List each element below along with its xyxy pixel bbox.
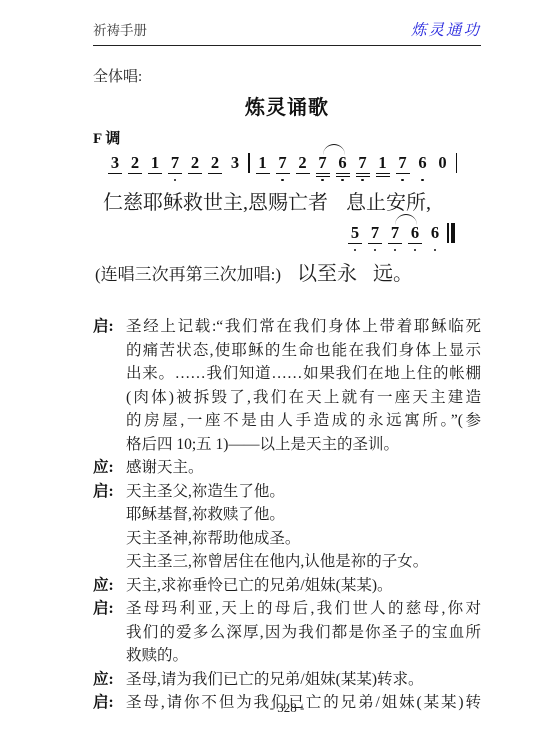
dialogue-line: 圣母,请为我们已亡的兄弟/姐妹(某某)转求。 xyxy=(126,668,481,692)
lyric-segment: 远。 xyxy=(373,257,413,286)
dialogue-line: 出来。……我们知道……如果我们在地上住的帐棚 xyxy=(126,362,481,386)
dialogue-line: 的痛苦状态,使耶稣的生命也能在我们身体上显示 xyxy=(126,339,481,363)
lyric-segment: 仁慈耶稣救世主,恩赐亡者 xyxy=(103,186,328,215)
dialogue-entry: 启:天主圣父,祢造生了他。耶稣基督,祢救赎了他。天主圣神,祢帮助他成圣。天主圣三… xyxy=(93,480,481,574)
final-barline xyxy=(447,223,455,243)
dialogue-line: 天主圣神,祢帮助他成圣。 xyxy=(126,527,481,551)
jianpu-note: 7 xyxy=(393,153,413,184)
jianpu-note: 2 xyxy=(125,153,145,184)
dialogue-line: (肉体)被拆毁了,我们在天上就有一座天主建造 xyxy=(126,386,481,410)
jianpu-note: 2 xyxy=(293,153,313,184)
dialogue-line: 耶稣基督,祢救赎了他。 xyxy=(126,503,481,527)
lyrics-line-2: (连唱三次再第三次加唱:)以至永远。 xyxy=(93,257,481,286)
header-left-title: 祈祷手册 xyxy=(93,19,147,39)
lyric-segment: 息止安所, xyxy=(346,186,431,215)
jianpu-note: 2 xyxy=(205,153,225,184)
speaker-label: 启: xyxy=(93,315,126,339)
dialogue-text: 圣经上记载:“我们常在我们身体上带着耶稣临死的痛苦状态,使耶稣的生命也能在我们身… xyxy=(126,315,481,456)
dialogue-line: 的房屋,一座不是由人手造成的永远寓所。”(参 xyxy=(126,409,481,433)
dialogue-line: 天主圣三,祢曾居住在他内,认他是祢的子女。 xyxy=(126,550,481,574)
barline xyxy=(248,153,250,173)
dialogue-line: 格后四 10;五 1)——以上是天主的圣训。 xyxy=(126,433,481,457)
speaker-label: 应: xyxy=(93,456,126,480)
jianpu-note: 7 xyxy=(353,153,373,184)
dialogue-text: 天主,求祢垂怜已亡的兄弟/姐妹(某某)。 xyxy=(126,574,481,598)
dialogue-section: 启:圣经上记载:“我们常在我们身体上带着耶稣临死的痛苦状态,使耶稣的生命也能在我… xyxy=(93,315,481,715)
jianpu-note: 0 xyxy=(433,153,453,184)
dialogue-entry: 启:圣经上记载:“我们常在我们身体上带着耶稣临死的痛苦状态,使耶稣的生命也能在我… xyxy=(93,315,481,456)
dialogue-entry: 应:圣母,请为我们已亡的兄弟/姐妹(某某)转求。 xyxy=(93,668,481,692)
header-right-title: 炼灵通功 xyxy=(411,18,481,40)
dialogue-line: 救赎的。 xyxy=(126,644,481,668)
document-page: 祈祷手册 炼灵通功 全体唱: 炼灵诵歌 F 调 3217223172767176… xyxy=(0,0,555,731)
jianpu-line-1: 32172231727671760 xyxy=(93,153,481,184)
dialogue-line: 天主圣父,祢造生了他。 xyxy=(126,480,481,504)
music-key-label: F 调 xyxy=(93,127,481,148)
jianpu-note: 3 xyxy=(105,153,125,184)
speaker-label: 启: xyxy=(93,597,126,621)
jianpu-note: 7 xyxy=(365,223,385,254)
jianpu-note: 2 xyxy=(185,153,205,184)
speaker-label: 应: xyxy=(93,668,126,692)
dialogue-text: 天主圣父,祢造生了他。耶稣基督,祢救赎了他。天主圣神,祢帮助他成圣。天主圣三,祢… xyxy=(126,480,481,574)
dialogue-text: 圣母玛利亚,天上的母后,我们世人的慈母,你对我们的爱多么深厚,因为我们都是你圣子… xyxy=(126,597,481,668)
jianpu-note: 3 xyxy=(225,153,245,184)
page-number: - 328 - xyxy=(93,700,481,716)
dialogue-line: 圣母玛利亚,天上的母后,我们世人的慈母,你对 xyxy=(126,597,481,621)
jianpu-note: 1 xyxy=(253,153,273,184)
dialogue-entry: 应:感谢天主。 xyxy=(93,456,481,480)
barline xyxy=(456,153,458,173)
dialogue-line: 感谢天主。 xyxy=(126,456,481,480)
lyric-segment: 以至永 xyxy=(297,257,357,286)
jianpu-line-2: 57766 xyxy=(93,223,481,254)
jianpu-note: 7 xyxy=(313,153,333,184)
dialogue-text: 感谢天主。 xyxy=(126,456,481,480)
jianpu-note: 7 xyxy=(165,153,185,184)
dialogue-entry: 应:天主,求祢垂怜已亡的兄弟/姐妹(某某)。 xyxy=(93,574,481,598)
dialogue-line: 圣经上记载:“我们常在我们身体上带着耶稣临死 xyxy=(126,315,481,339)
lyric-segment: (连唱三次再第三次加唱:) xyxy=(95,260,281,285)
speaker-label: 应: xyxy=(93,574,126,598)
lyrics-line-1: 仁慈耶稣救世主,恩赐亡者息止安所, xyxy=(93,186,481,215)
jianpu-note: 6 xyxy=(333,153,353,184)
dialogue-line: 天主,求祢垂怜已亡的兄弟/姐妹(某某)。 xyxy=(126,574,481,598)
jianpu-note: 5 xyxy=(345,223,365,254)
speaker-label: 启: xyxy=(93,480,126,504)
jianpu-note: 6 xyxy=(413,153,433,184)
all-sing-cue: 全体唱: xyxy=(93,65,481,86)
jianpu-note: 6 xyxy=(405,223,425,254)
jianpu-note: 7 xyxy=(273,153,293,184)
jianpu-note: 6 xyxy=(425,223,445,254)
page-header: 祈祷手册 炼灵通功 xyxy=(93,18,481,46)
jianpu-note: 1 xyxy=(145,153,165,184)
dialogue-text: 圣母,请为我们已亡的兄弟/姐妹(某某)转求。 xyxy=(126,668,481,692)
dialogue-line: 我们的爱多么深厚,因为我们都是你圣子的宝血所 xyxy=(126,621,481,645)
jianpu-note: 7 xyxy=(385,223,405,254)
jianpu-note: 1 xyxy=(373,153,393,184)
dialogue-entry: 启:圣母玛利亚,天上的母后,我们世人的慈母,你对我们的爱多么深厚,因为我们都是你… xyxy=(93,597,481,668)
song-title: 炼灵诵歌 xyxy=(93,91,481,120)
